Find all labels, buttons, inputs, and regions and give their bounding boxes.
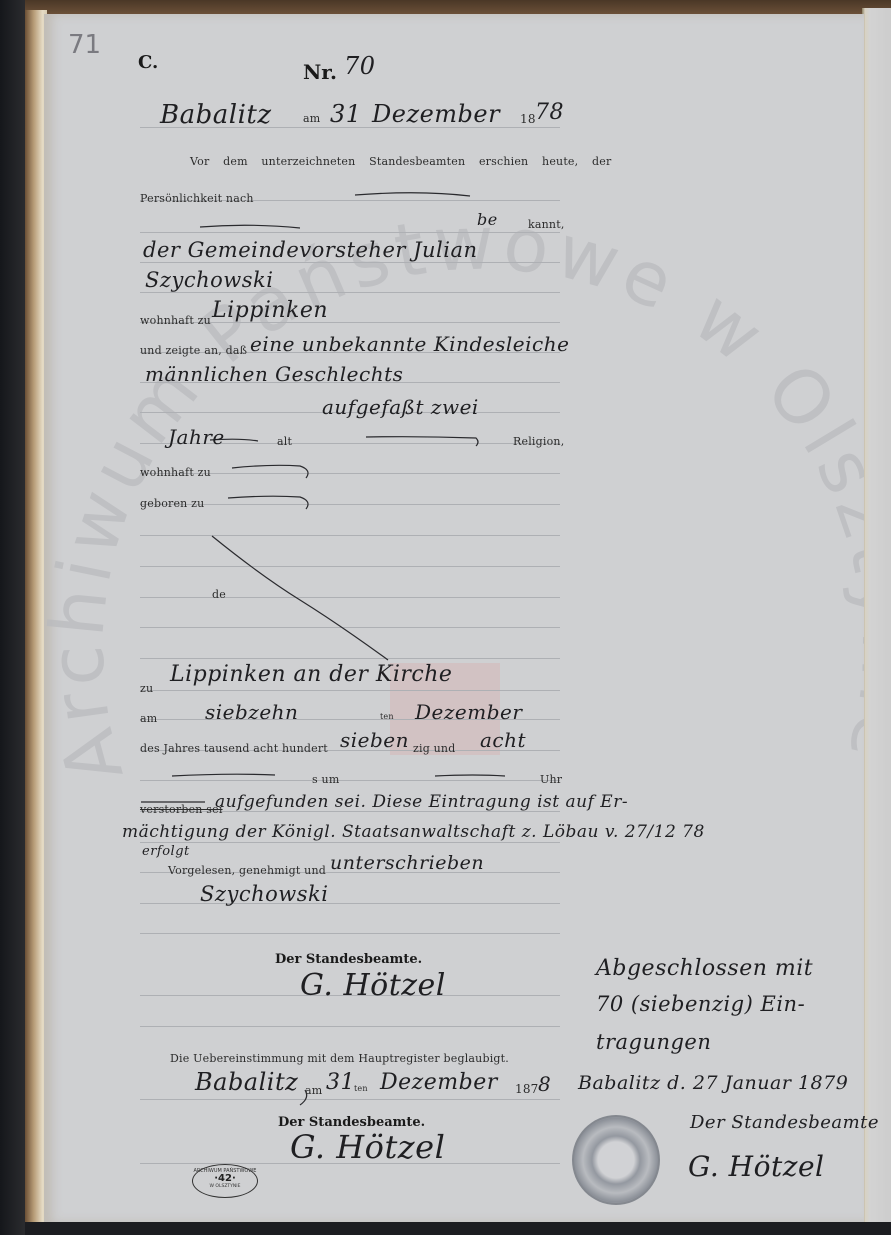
zeigte-text: eine unbekannte Kindesleiche	[250, 332, 569, 356]
age-text: Jahre	[168, 425, 225, 449]
archive-stamp-number: ·42·	[193, 1174, 257, 1184]
remark-line2: mächtigung der Königl. Staatsanwaltschaf…	[122, 822, 705, 842]
found-text: aufgefaßt zwei	[322, 395, 479, 419]
header-day: 31	[330, 100, 362, 128]
pencil-page-number: 71	[68, 30, 101, 60]
ink-strokes	[0, 0, 891, 1235]
uhr-label: Uhr	[540, 773, 562, 786]
record-number: 70	[344, 52, 376, 80]
kannt-prefix: be	[477, 210, 498, 229]
wohnhaft-label: wohnhaft zu	[140, 314, 211, 327]
kannt-label: kannt,	[528, 218, 565, 231]
record-number-label: Nr.	[303, 60, 337, 84]
official-signature: G. Hötzel	[300, 968, 446, 1003]
wohnhaft-place: Lippinken	[212, 298, 328, 323]
header-year-prefix: 18	[520, 112, 536, 126]
margin-note-line5: Der Standesbeamte	[690, 1112, 879, 1133]
vorgelesen-hand: unterschrieben	[330, 852, 484, 874]
geboren-label: geboren zu	[140, 497, 204, 510]
declarant-signature: Szychowski	[200, 882, 328, 906]
alt-label: alt	[277, 435, 292, 448]
margin-note-line6: G. Hötzel	[688, 1150, 824, 1183]
remark-line3: erfolgt	[142, 844, 190, 859]
am2-label: am	[140, 712, 157, 725]
zu-label: zu	[140, 682, 153, 695]
s-um-label: s um	[312, 773, 339, 786]
remark-line1: aufgefunden sei. Diese Eintragung ist au…	[215, 792, 628, 812]
year-units: acht	[480, 728, 526, 752]
intro-line: Vor dem unterzeichneten Standesbeamten e…	[190, 155, 611, 168]
wohnhaft2-label: wohnhaft zu	[140, 466, 211, 479]
form-letter: C.	[138, 52, 158, 73]
margin-note-line2: 70 (siebenzig) Ein-	[596, 992, 805, 1016]
year-label: des Jahres tausend acht hundert	[140, 742, 328, 755]
archive-stamp-bottom: W OLSZTYNIE	[193, 1184, 257, 1189]
death-month: Dezember	[415, 700, 522, 724]
death-place: Lippinken an der Kirche	[170, 662, 452, 687]
header-am-label: am	[303, 112, 320, 125]
persoenlichkeit-label: Persönlichkeit nach	[140, 192, 254, 205]
cert-am-label: am	[305, 1084, 322, 1097]
year-tens: sieben	[340, 728, 409, 752]
gender-text: männlichen Geschlechts	[145, 362, 403, 386]
header-month: Dezember	[372, 100, 500, 128]
declarant-line1: der Gemeindevorsteher Julian	[143, 238, 478, 262]
declarant-line2: Szychowski	[145, 268, 273, 292]
cert-day: 31	[326, 1070, 355, 1095]
margin-note-line4: Babalitz d. 27 Januar 1879	[578, 1072, 848, 1094]
zeigte-label: und zeigte an, daß	[140, 344, 247, 357]
margin-note-line3: tragungen	[596, 1030, 711, 1054]
cert-year-suffix: 8	[538, 1072, 551, 1096]
archive-stamp: ARCHIWUM PAŃSTWOWE ·42· W OLSZTYNIE	[192, 1164, 258, 1198]
cert-year-prefix: 187	[515, 1082, 539, 1096]
official-seal	[572, 1115, 660, 1205]
ten-label: ten	[380, 712, 394, 721]
vorgelesen-label: Vorgelesen, genehmigt und	[168, 864, 326, 877]
header-year-suffix: 78	[535, 100, 564, 125]
verstorben-label: verstorben sei	[140, 803, 223, 816]
cert-place: Babalitz	[195, 1068, 298, 1096]
certification-text: Die Uebereinstimmung mit dem Hauptregist…	[170, 1052, 509, 1065]
cert-ten-label: ten	[354, 1084, 368, 1093]
cert-signature: G. Hötzel	[290, 1128, 445, 1166]
header-place: Babalitz	[160, 100, 272, 130]
de-label: de	[212, 588, 226, 601]
margin-note-line1: Abgeschlossen mit	[596, 956, 813, 981]
standesbeamte-heading: Der Standesbeamte.	[275, 952, 422, 967]
religion-label: Religion,	[513, 435, 564, 448]
cert-month: Dezember	[380, 1070, 498, 1095]
death-day: siebzehn	[205, 700, 298, 724]
zig-label: zig und	[413, 742, 455, 755]
